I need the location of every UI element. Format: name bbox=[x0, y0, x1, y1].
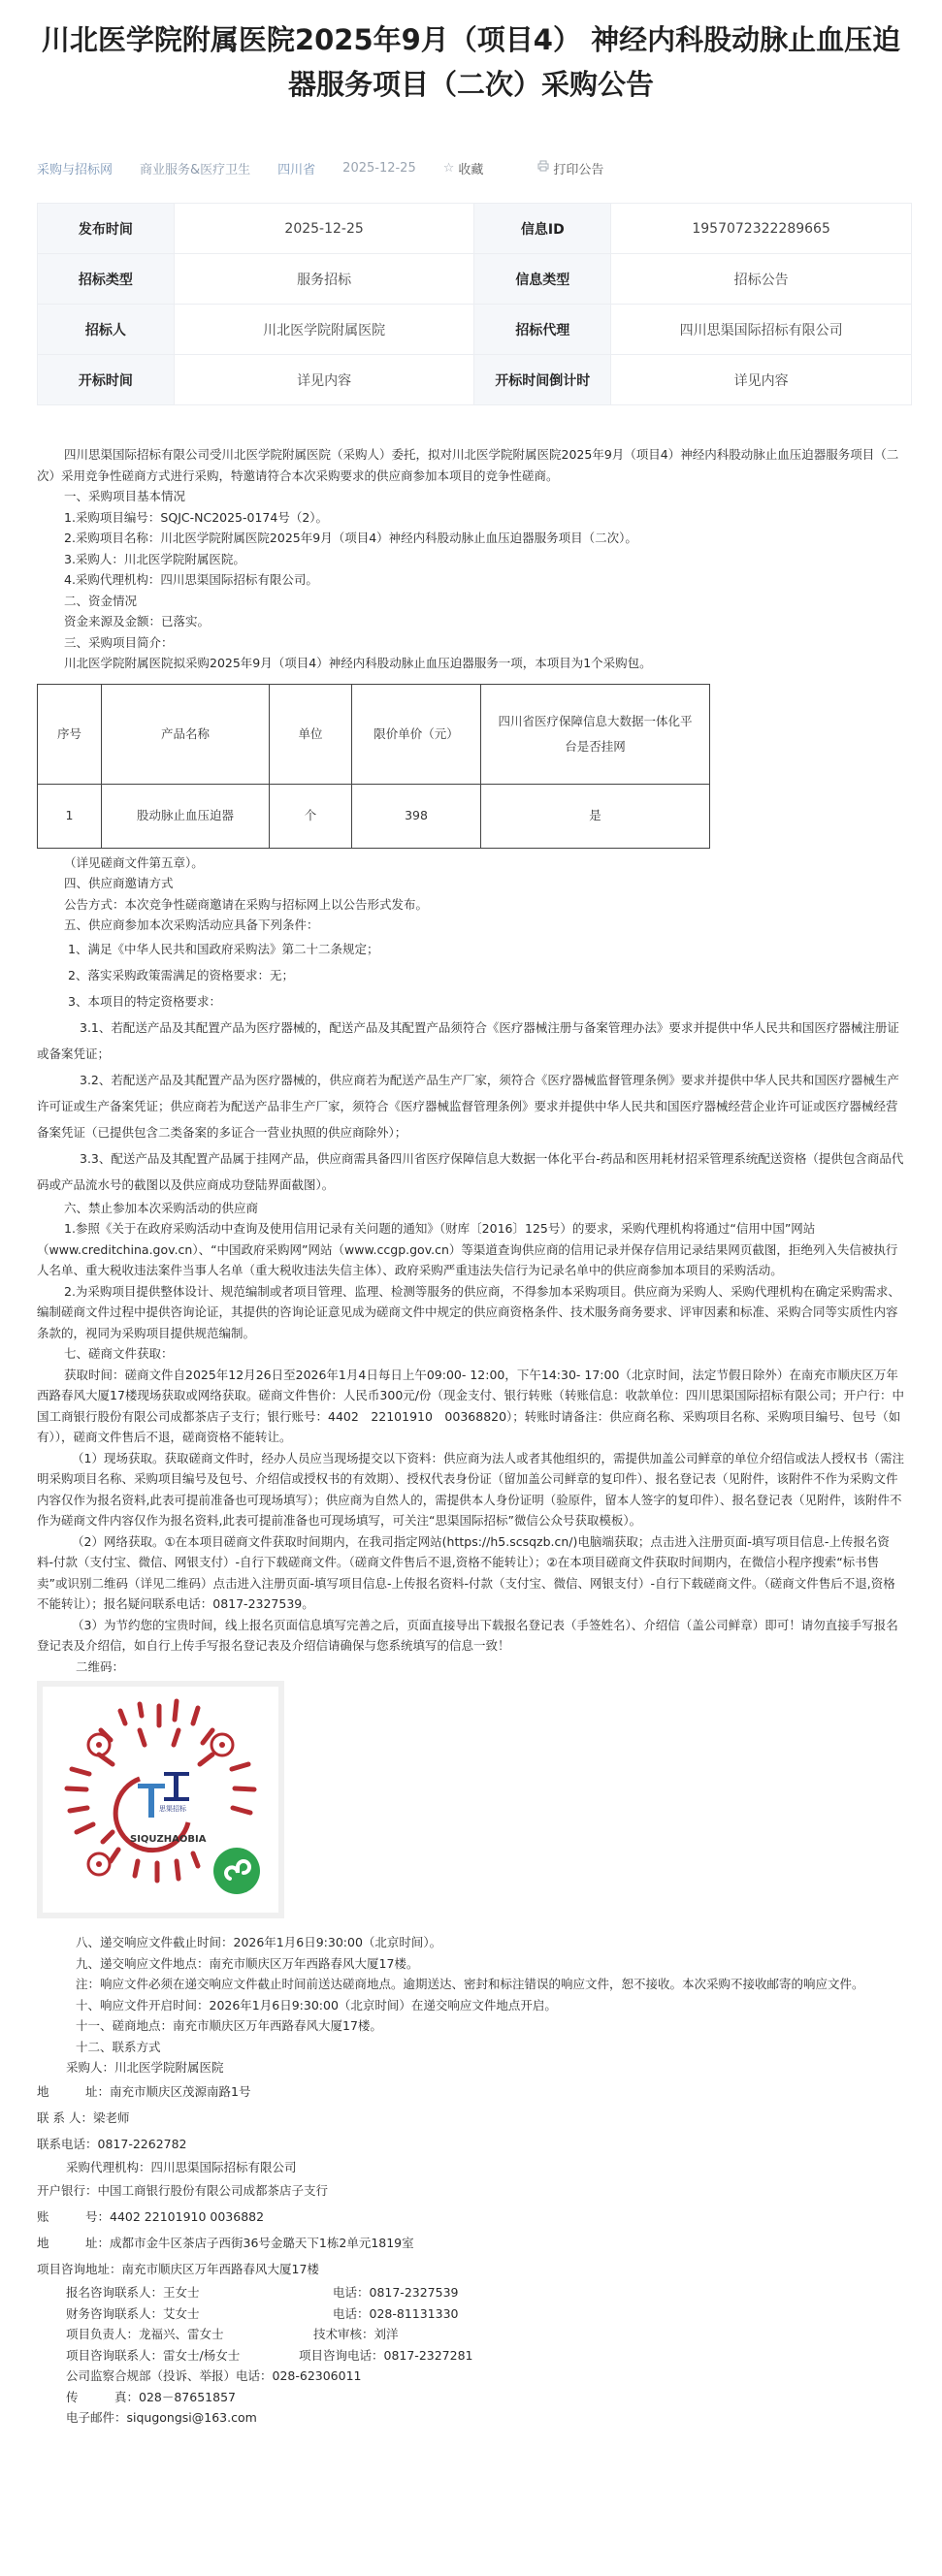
paragraph: （1）现场获取。获取磋商文件时，经办人员应当现场提交以下资料：供应商为法人或者其… bbox=[37, 1448, 905, 1531]
list-item: 3.采购人：川北医学院附属医院。 bbox=[37, 549, 905, 570]
field-label: 账 号： bbox=[37, 2209, 110, 2224]
products-table: 序号 产品名称 单位 限价单价（元） 四川省医疗保障信息大数据一体化平台是否挂网… bbox=[37, 684, 710, 849]
list-item: 1.采购项目编号：SQJC-NC2025-0174号（2）。 bbox=[37, 507, 905, 529]
field-value: 南充市顺庆区茂源南路1号 bbox=[110, 2084, 250, 2099]
info-value: 川北医学院附属医院 bbox=[174, 305, 474, 355]
list-item: 3.1、若配送产品及其配置产品为医疗器械的，配送产品及其配置产品须符合《医疗器械… bbox=[37, 1014, 905, 1067]
info-row: 开标时间 详见内容 开标时间倒计时 详见内容 bbox=[38, 355, 912, 405]
page-title: 川北医学院附属医院2025年9月（项目4） 神经内科股动脉止血压迫器服务项目（二… bbox=[37, 0, 905, 107]
agency-bank: 开户银行：中国工商银行股份有限公司成都茶店子支行 bbox=[37, 2177, 905, 2204]
products-header-row: 序号 产品名称 单位 限价单价（元） 四川省医疗保障信息大数据一体化平台是否挂网 bbox=[38, 684, 710, 784]
breadcrumb-category-link[interactable]: 商业服务&医疗卫生 bbox=[140, 159, 250, 177]
contact-role: 技术审核：刘洋 bbox=[313, 2324, 399, 2345]
purchaser-contact: 联 系 人：梁老师 bbox=[37, 2105, 905, 2131]
section-heading: 一、采购项目基本情况 bbox=[37, 486, 905, 507]
paragraph: 资金来源及金额：已落实。 bbox=[37, 611, 905, 632]
cell-listed: 是 bbox=[481, 784, 710, 848]
fax: 传 真：028－87651857 bbox=[66, 2387, 905, 2408]
list-item: 3、本项目的特定资格要求： bbox=[37, 988, 905, 1014]
field-label: 地 址： bbox=[37, 2084, 110, 2099]
info-label: 招标人 bbox=[38, 305, 175, 355]
column-header: 单位 bbox=[270, 684, 352, 784]
paragraph: （3）为节约您的宝贵时间，线上报名页面信息填写完善之后，页面直接导出下载报名登记… bbox=[37, 1615, 905, 1657]
favorite-label: 收藏 bbox=[458, 159, 483, 177]
paragraph: （详见磋商文件第五章）。 bbox=[37, 853, 905, 874]
field-value: 0817-2262782 bbox=[98, 2137, 187, 2151]
contact-row: 项目咨询联系人：雷女士/杨女士 项目咨询电话：0817-2327281 bbox=[66, 2345, 905, 2367]
section-heading: 十二、联系方式 bbox=[37, 2037, 905, 2058]
consult-address: 项目咨询地址：南充市顺庆区万年西路春风大厦17楼 bbox=[37, 2256, 905, 2282]
list-item: 3.2、若配送产品及其配置产品为医疗器械的，供应商若为配送产品生产厂家，须符合《… bbox=[37, 1067, 905, 1145]
announcement-body: 四川思渠国际招标有限公司受川北医学院附属医院（采购人）委托，拟对川北医学院附属医… bbox=[37, 444, 905, 2429]
info-label: 发布时间 bbox=[38, 204, 175, 254]
list-item: 3.3、配送产品及其配置产品属于挂网产品，供应商需具备四川省医疗保障信息大数据一… bbox=[37, 1145, 905, 1198]
publish-date: 2025-12-25 bbox=[342, 161, 416, 176]
info-table: 发布时间 2025-12-25 信息ID 1957072322289665 招标… bbox=[37, 203, 912, 405]
info-label: 开标时间倒计时 bbox=[474, 355, 611, 405]
contact-person: 项目负责人：龙福兴、雷女士 bbox=[66, 2324, 313, 2345]
section-heading: 七、磋商文件获取： bbox=[37, 1343, 905, 1365]
paragraph: 获取时间：磋商文件自2025年12月26日至2026年1月4日每日上午09:00… bbox=[37, 1365, 905, 1448]
paragraph: （2）网络获取。①在本项目磋商文件获取时间期内，在我司指定网站(https://… bbox=[37, 1531, 905, 1615]
list-item: 1、满足《中华人民共和国政府采购法》第二十二条规定； bbox=[37, 936, 905, 962]
paragraph: 川北医学院附属医院拟采购2025年9月（项目4）神经内科股动脉止血压迫器服务一项… bbox=[37, 653, 905, 674]
print-label: 打印公告 bbox=[553, 159, 603, 177]
info-value: 四川思渠国际招标有限公司 bbox=[611, 305, 912, 355]
info-row: 招标类型 服务招标 信息类型 招标公告 bbox=[38, 254, 912, 305]
field-value: 4402 22101910 0036882 bbox=[110, 2209, 264, 2224]
email: 电子邮件：siqugongsi@163.com bbox=[66, 2407, 905, 2429]
mini-program-code-icon: 思渠招标 SIQUZHAOBIA bbox=[43, 1687, 278, 1913]
column-header: 限价单价（元） bbox=[352, 684, 481, 784]
field-label: 联系电话： bbox=[37, 2137, 98, 2151]
favorite-button[interactable]: ☆ 收藏 bbox=[443, 159, 511, 177]
cell-index: 1 bbox=[38, 784, 102, 848]
list-item: 2、落实采购政策需满足的资格要求：无； bbox=[37, 962, 905, 988]
paragraph: 十一、磋商地点：南充市顺庆区万年西路春风大厦17楼。 bbox=[37, 2015, 905, 2037]
field-value: 成都市金牛区茶店子西街36号金璐天下1栋2单元1819室 bbox=[110, 2236, 414, 2250]
list-item: 2.为采购项目提供整体设计、规范编制或者项目管理、监理、检测等服务的供应商，不得… bbox=[37, 1281, 905, 1344]
section-heading: 二、资金情况 bbox=[37, 591, 905, 612]
contacts-list: 报名咨询联系人：王女士 电话：0817-2327539 财务咨询联系人：艾女士 … bbox=[37, 2282, 905, 2429]
field-value: 南充市顺庆区万年西路春风大厦17楼 bbox=[122, 2262, 319, 2276]
info-value: 1957072322289665 bbox=[611, 204, 912, 254]
paragraph: 九、递交响应文件地点：南充市顺庆区万年西路春风大厦17楼。 bbox=[37, 1953, 905, 1975]
info-row: 招标人 川北医学院附属医院 招标代理 四川思渠国际招标有限公司 bbox=[38, 305, 912, 355]
breadcrumb-region-link[interactable]: 四川省 bbox=[277, 159, 315, 177]
info-value: 服务招标 bbox=[174, 254, 474, 305]
agency-account: 账 号：4402 22101910 0036882 bbox=[37, 2204, 905, 2230]
note-paragraph: 注：响应文件必须在递交响应文件截止时间前送达磋商地点。逾期送达、密封和标注错误的… bbox=[37, 1974, 905, 1995]
star-icon: ☆ bbox=[443, 161, 455, 176]
contact-phone: 电话：0817-2327539 bbox=[333, 2282, 459, 2303]
table-row: 1 股动脉止血压迫器 个 398 是 bbox=[38, 784, 710, 848]
field-value: 梁老师 bbox=[93, 2110, 130, 2125]
intro-paragraph: 四川思渠国际招标有限公司受川北医学院附属医院（采购人）委托，拟对川北医学院附属医… bbox=[37, 444, 905, 486]
svg-text:思渠招标: 思渠招标 bbox=[159, 1804, 187, 1813]
field-label: 地 址： bbox=[37, 2236, 110, 2250]
info-row: 发布时间 2025-12-25 信息ID 1957072322289665 bbox=[38, 204, 912, 254]
section-heading: 五、供应商参加本次采购活动应具备下列条件： bbox=[37, 915, 905, 936]
agency-address: 地 址：成都市金牛区茶店子西街36号金璐天下1栋2单元1819室 bbox=[37, 2230, 905, 2256]
list-item: 4.采购代理机构：四川思渠国际招标有限公司。 bbox=[37, 569, 905, 591]
list-item: 1.参照《关于在政府采购活动中查询及使用信用记录有关问题的通知》（财库〔2016… bbox=[37, 1218, 905, 1281]
info-label: 开标时间 bbox=[38, 355, 175, 405]
qr-label: 二维码： bbox=[37, 1657, 905, 1678]
contact-person: 项目咨询联系人：雷女士/杨女士 bbox=[66, 2345, 299, 2367]
column-header: 四川省医疗保障信息大数据一体化平台是否挂网 bbox=[481, 684, 710, 784]
paragraph: 公告方式：本次竞争性磋商邀请在采购与招标网上以公告形式发布。 bbox=[37, 894, 905, 916]
column-header: 序号 bbox=[38, 684, 102, 784]
info-label: 信息类型 bbox=[474, 254, 611, 305]
qr-code-image: 思渠招标 SIQUZHAOBIA bbox=[37, 1681, 284, 1918]
field-value: 中国工商银行股份有限公司成都茶店子支行 bbox=[98, 2183, 329, 2198]
contact-phone: 电话：028-81131330 bbox=[333, 2303, 459, 2325]
printer-icon bbox=[537, 160, 549, 176]
section-heading: 四、供应商邀请方式 bbox=[37, 873, 905, 894]
info-label: 信息ID bbox=[474, 204, 611, 254]
info-value: 详见内容 bbox=[174, 355, 474, 405]
field-label: 项目咨询地址： bbox=[37, 2262, 122, 2276]
info-label: 招标类型 bbox=[38, 254, 175, 305]
paragraph: 八、递交响应文件截止时间：2026年1月6日9:30:00（北京时间）。 bbox=[37, 1932, 905, 1953]
field-label: 开户银行： bbox=[37, 2183, 98, 2198]
section-heading: 三、采购项目简介： bbox=[37, 632, 905, 654]
list-item: 2.采购项目名称：川北医学院附属医院2025年9月（项目4）神经内科股动脉止血压… bbox=[37, 528, 905, 549]
contact-phone: 项目咨询电话：0817-2327281 bbox=[299, 2345, 473, 2367]
contact-row: 财务咨询联系人：艾女士 电话：028-81131330 bbox=[66, 2303, 905, 2325]
purchaser-address: 地 址：南充市顺庆区茂源南路1号 bbox=[37, 2078, 905, 2105]
contact-person: 报名咨询联系人：王女士 bbox=[66, 2282, 333, 2303]
agency-name: 采购代理机构：四川思渠国际招标有限公司 bbox=[37, 2157, 905, 2178]
breadcrumb-site-link[interactable]: 采购与招标网 bbox=[37, 159, 113, 177]
complaint-phone: 公司监察合规部（投诉、举报）电话：028-62306011 bbox=[66, 2366, 905, 2387]
print-button[interactable]: 打印公告 bbox=[537, 159, 631, 177]
info-label: 招标代理 bbox=[474, 305, 611, 355]
info-value: 招标公告 bbox=[611, 254, 912, 305]
section-heading: 六、禁止参加本次采购活动的供应商 bbox=[37, 1198, 905, 1219]
meta-bar: 采购与招标网 商业服务&医疗卫生 四川省 2025-12-25 ☆ 收藏 打印公… bbox=[37, 157, 905, 178]
info-value: 2025-12-25 bbox=[174, 204, 474, 254]
field-label: 联 系 人： bbox=[37, 2110, 93, 2125]
cell-unit: 个 bbox=[270, 784, 352, 848]
svg-text:SIQUZHAOBIA: SIQUZHAOBIA bbox=[130, 1834, 207, 1845]
contact-row: 报名咨询联系人：王女士 电话：0817-2327539 bbox=[66, 2282, 905, 2303]
column-header: 产品名称 bbox=[102, 684, 270, 784]
info-value: 详见内容 bbox=[611, 355, 912, 405]
purchaser-name: 采购人：川北医学院附属医院 bbox=[37, 2057, 905, 2078]
contact-person: 财务咨询联系人：艾女士 bbox=[66, 2303, 333, 2325]
announcement-page: 川北医学院附属医院2025年9月（项目4） 神经内科股动脉止血压迫器服务项目（二… bbox=[0, 0, 942, 2429]
cell-price: 398 bbox=[352, 784, 481, 848]
qr-code: 思渠招标 SIQUZHAOBIA bbox=[43, 1687, 278, 1913]
contact-row: 项目负责人：龙福兴、雷女士 技术审核：刘洋 bbox=[66, 2324, 905, 2345]
purchaser-phone: 联系电话：0817-2262782 bbox=[37, 2131, 905, 2157]
cell-product-name: 股动脉止血压迫器 bbox=[102, 784, 270, 848]
paragraph: 十、响应文件开启时间：2026年1月6日9:30:00（北京时间）在递交响应文件… bbox=[37, 1995, 905, 2016]
